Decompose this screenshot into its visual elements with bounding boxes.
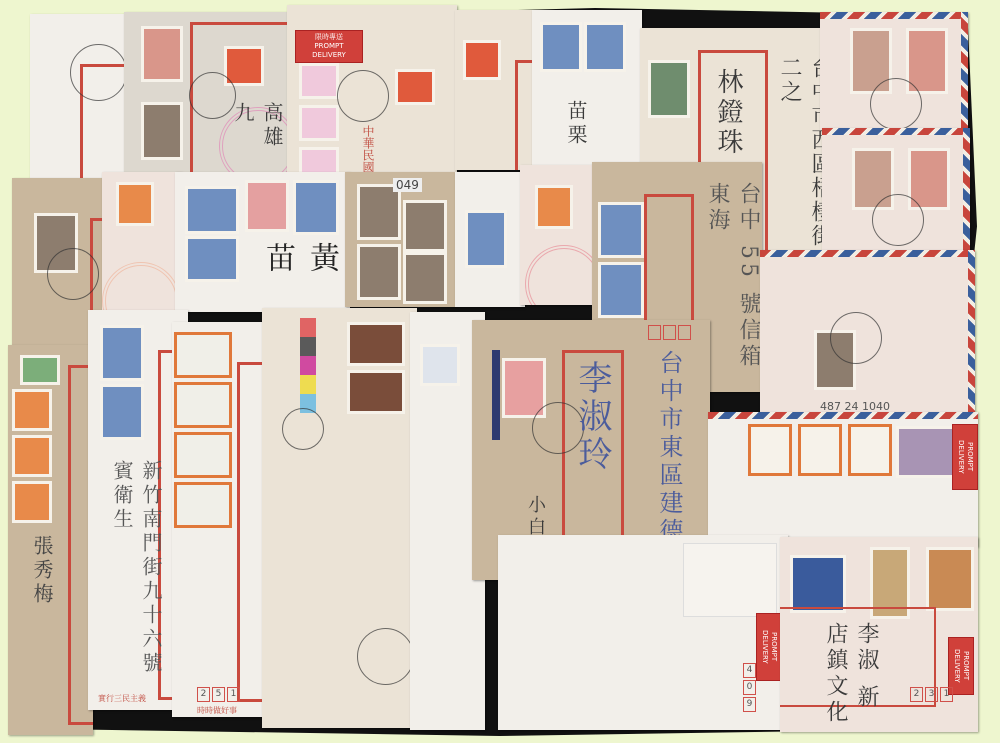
stamp-tower-brown (403, 200, 447, 252)
stamp-0.50 (174, 332, 232, 378)
stamp-tower-blue (185, 186, 239, 234)
printed-slogan: 實行三民主義 (98, 693, 146, 704)
handwriting: 苗栗 (562, 100, 591, 148)
envelope-small-white (455, 172, 525, 307)
stamp-rabbit-0.50 (748, 424, 792, 476)
envelope-miaoli: 苗栗 (532, 10, 642, 175)
envelope-airmail-1 (820, 12, 968, 130)
stamp-tower-blue (598, 262, 644, 318)
envelope-pink-2 (520, 165, 600, 305)
stamp-1.00 (926, 547, 974, 611)
stamp-tower-brown (357, 244, 401, 300)
tracking-number: 049 (393, 178, 422, 192)
postmark (870, 78, 922, 130)
stamp-pink (299, 105, 339, 141)
stamp-tower-blue (598, 202, 644, 258)
stamp-tower-blue (584, 22, 626, 72)
envelope-airmail-back: 487 24 1040 (760, 250, 975, 415)
postmark (189, 72, 236, 119)
recipient-handwriting: 林鐙珠 (710, 68, 747, 158)
stamp-map (463, 40, 501, 80)
zip-code-boxes: 231 (910, 687, 953, 702)
handwriting: 高雄九 (229, 102, 287, 172)
envelope-tiger (262, 308, 417, 728)
postmark (337, 70, 389, 122)
stamp-tower-pink (245, 180, 289, 232)
stamp-orange (116, 182, 154, 226)
address-handwriting: 台中市西區梧棲街二之 (774, 56, 825, 258)
prompt-delivery-label: PROMPT DELIVERY (756, 613, 782, 681)
printed-text: 中華民國 (360, 125, 377, 173)
stamp-pink (299, 147, 339, 175)
envelope-donghai: 049 (345, 172, 457, 307)
stamp-tiger-0.50 (347, 322, 405, 366)
handwriting: 台中 55 號信箱 東海 (702, 182, 762, 392)
envelope-airmail-2 (822, 128, 970, 250)
stamp-rabbit-0.50 (848, 424, 892, 476)
handwriting: 黃 苗 (255, 242, 343, 312)
stamp-orange (535, 185, 573, 229)
photo-stage: 高雄九 限時專送PROMPT DELIVERY 中華民國 苗栗 林鐙珠 台中市西… (0, 0, 1000, 743)
stamp-tower-blue (100, 384, 144, 440)
printed-slogan: 時時做好事 (197, 705, 237, 716)
meander-emblem (102, 262, 180, 312)
prompt-delivery-label: 限時專送PROMPT DELIVERY (295, 30, 363, 63)
zip-code-boxes (648, 325, 691, 340)
stamp-horsemen-2.50 (683, 543, 777, 617)
stamp-tower-brown (357, 184, 401, 240)
stamp-0.50 (790, 555, 846, 613)
stamp-rabbit-0.50 (798, 424, 842, 476)
stamp-tower-brown (141, 102, 183, 160)
stamp-orange (12, 481, 52, 523)
stamp-orange (12, 435, 52, 477)
stamp-tower-blue (465, 210, 507, 268)
envelope-small (455, 10, 535, 170)
postmark (357, 628, 414, 685)
color-bar (300, 318, 316, 413)
stamp-0.50 (174, 432, 232, 478)
handwriting: 張秀梅 (28, 535, 57, 607)
meander-emblem (525, 245, 600, 305)
envelope-kraft-left: 張秀梅 (8, 345, 93, 735)
stamp-orange (12, 389, 52, 431)
stamp-tower-blue (100, 325, 144, 381)
postmark (47, 248, 99, 300)
envelope-pink-meander (102, 172, 182, 312)
postmark (830, 312, 882, 364)
stamp-5.00 (420, 344, 460, 386)
stamp-tiger-0.50 (347, 370, 405, 414)
stamp-tower-blue (293, 180, 339, 235)
stamp-tower-blue (185, 236, 239, 282)
handwriting: 李淑 新店鎮文化 (820, 622, 882, 732)
zip-code-boxes: 251 (197, 687, 240, 702)
recipient-handwriting: 李淑玲 (568, 360, 617, 474)
envelope-rabbit-airmail: PROMPT DELIVERY (708, 412, 978, 547)
postmark (872, 194, 924, 246)
prompt-delivery-label: PROMPT DELIVERY (952, 424, 978, 490)
stamp-green (20, 355, 60, 385)
stamp-map (395, 69, 435, 105)
stamp-tower-blue (540, 22, 582, 72)
stamp-0.50 (174, 382, 232, 428)
stamp-tower-green (648, 60, 690, 118)
envelope-horsemen: PROMPT DELIVERY 409 (498, 535, 788, 730)
zip-code-boxes: 409 (743, 663, 756, 712)
stamp-pink (299, 63, 339, 99)
envelope-painting: PROMPT DELIVERY 231 李淑 新店鎮文化 (780, 537, 978, 732)
envelope-prompt-delivery: 限時專送PROMPT DELIVERY 中華民國 (287, 5, 457, 175)
handwriting: 新竹南門街九十六號 賓衛生 (108, 460, 166, 710)
postmark (70, 44, 127, 101)
postmark (282, 408, 324, 450)
blue-band (492, 350, 500, 440)
stamp-0.50 (174, 482, 232, 528)
envelope-huang: 黃 苗 (175, 172, 350, 312)
stamp-tower-pink (141, 26, 183, 82)
envelope-kaohsiung: 高雄九 (124, 12, 294, 172)
envelope-rabbit-strip: 251 時時做好事 (172, 322, 267, 717)
stamp-tower-brown (403, 252, 447, 304)
